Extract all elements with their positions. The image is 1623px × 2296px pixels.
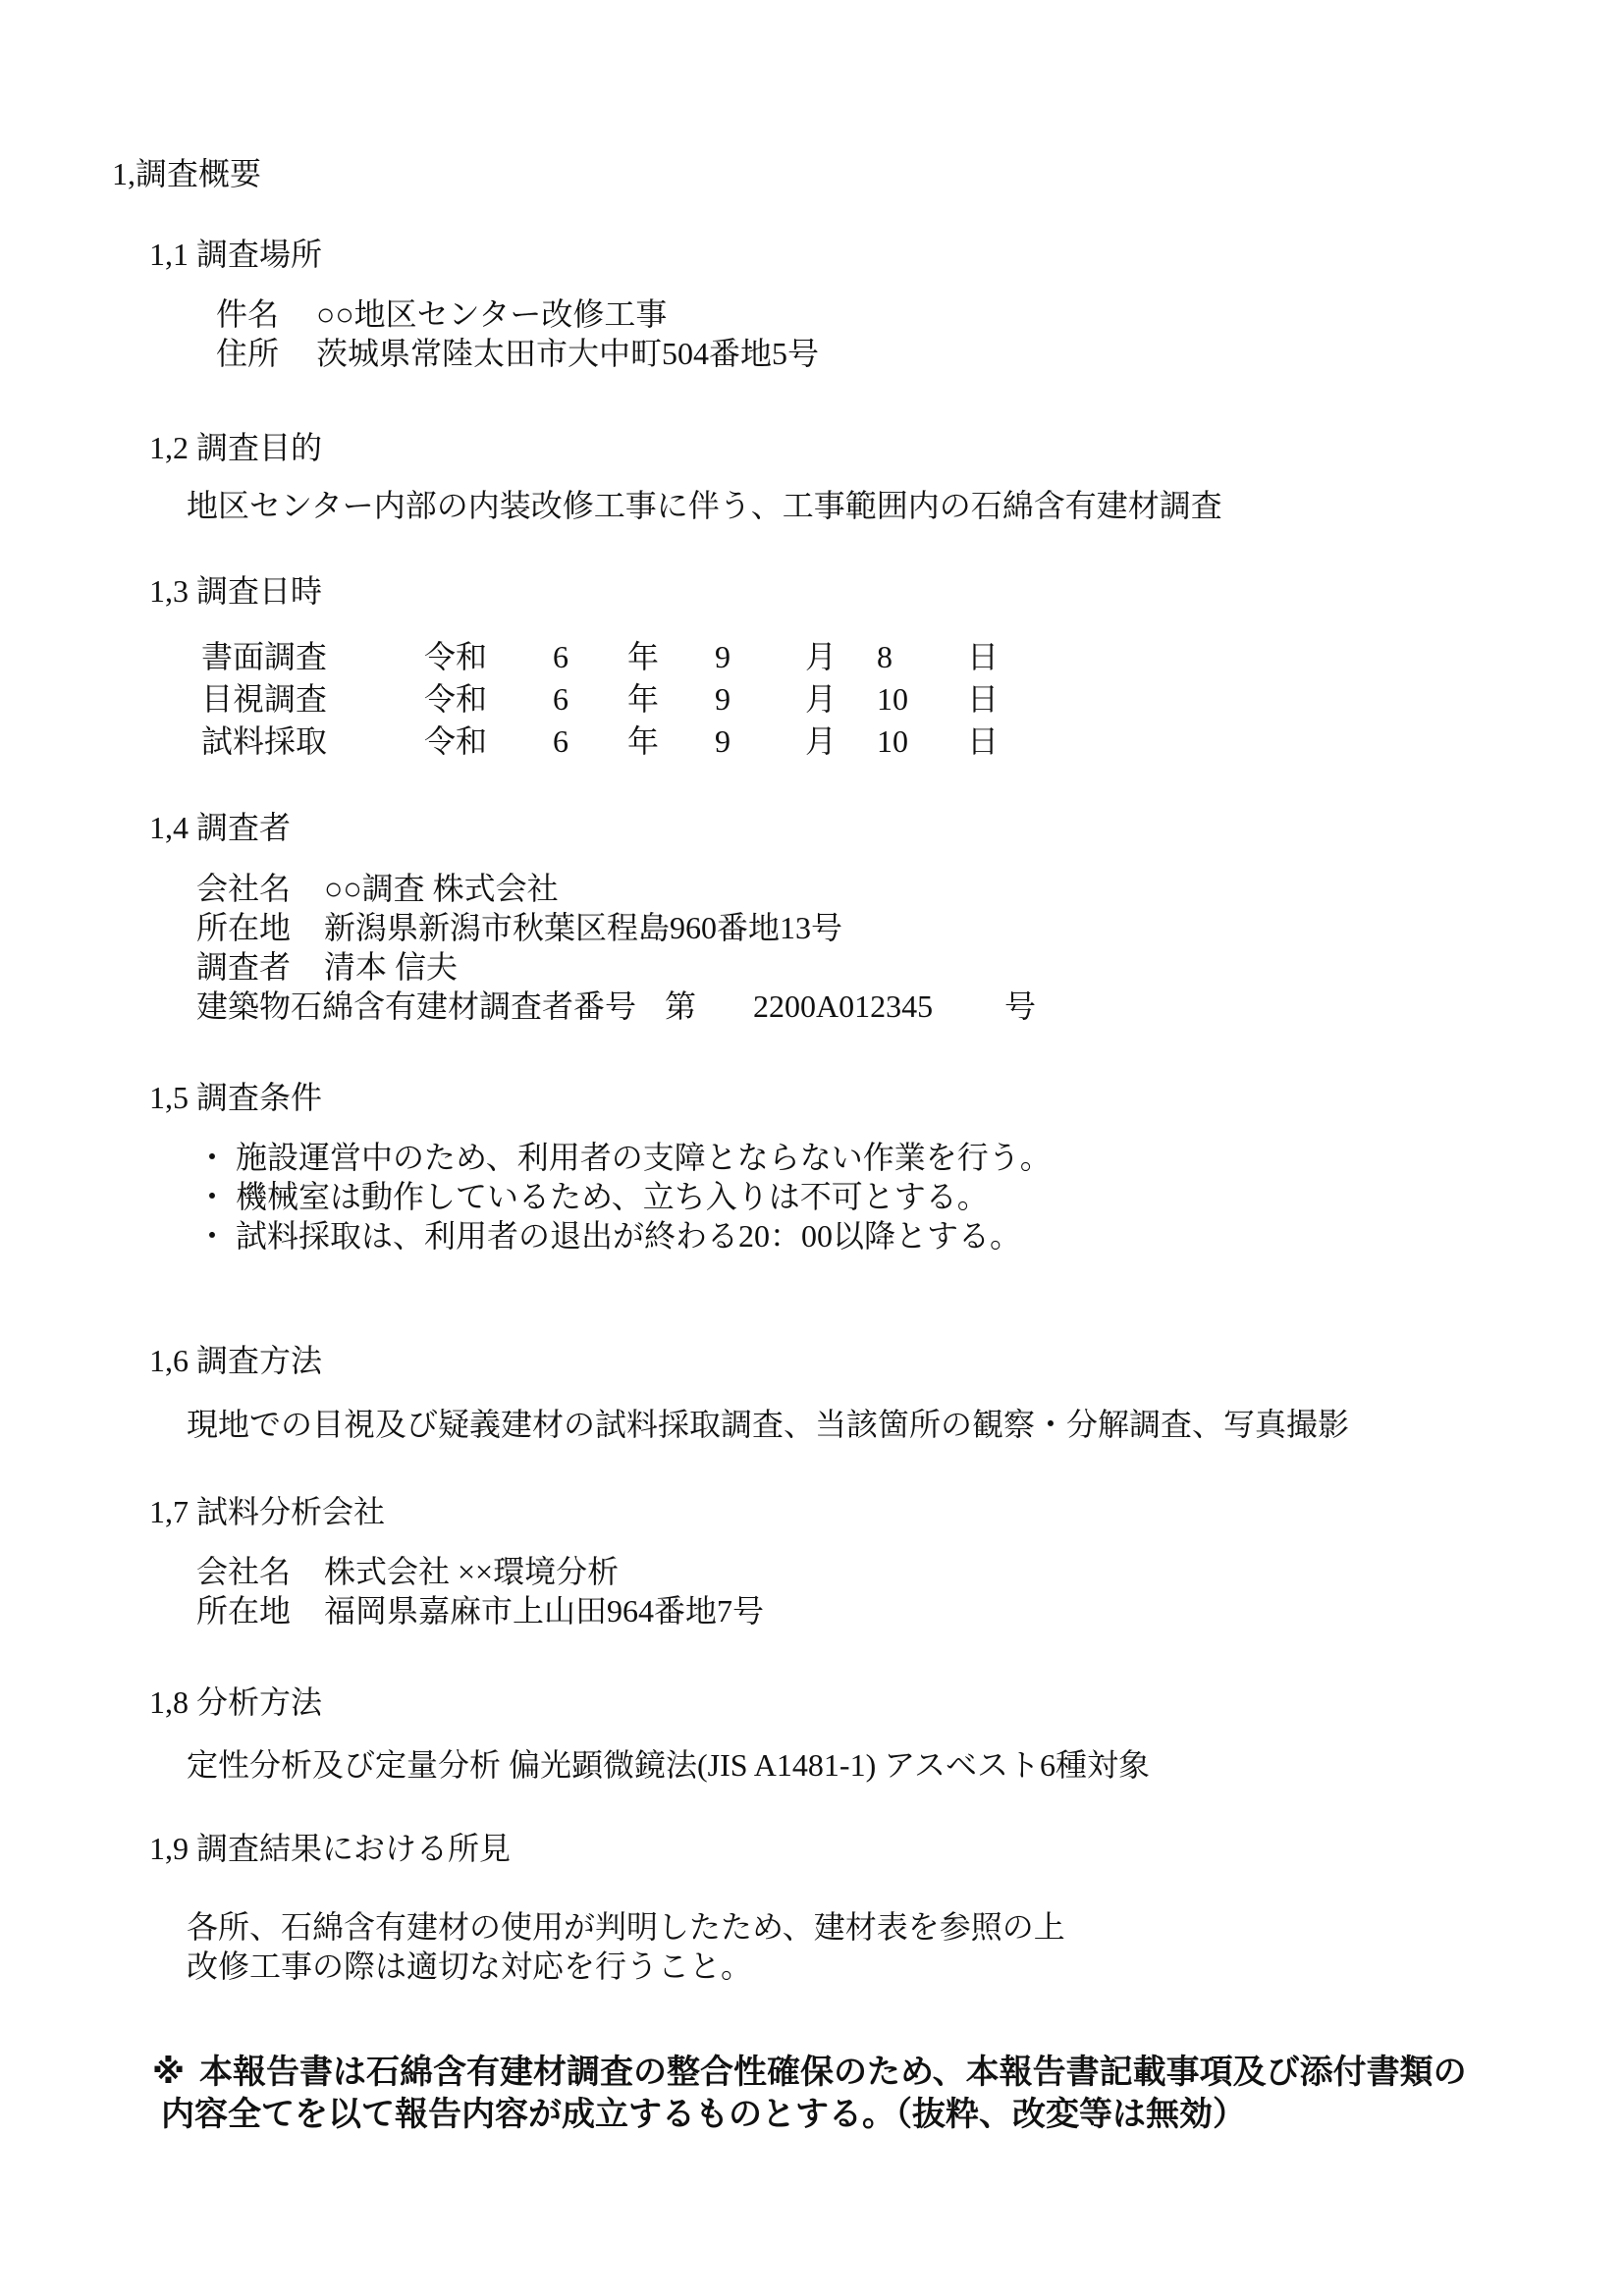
- month-unit: 月: [805, 636, 877, 678]
- section-heading-survey-location: 1,1 調査場所: [149, 235, 322, 274]
- section-heading-analysis-company: 1,7 試料分析会社: [149, 1492, 385, 1531]
- day-unit: 日: [967, 636, 999, 678]
- license-number: 2200A012345: [753, 987, 933, 1026]
- survey-method-text: 現地での目視及び疑義建材の試料採取調査、当該箇所の観察・分解調査、写真撮影: [187, 1405, 1349, 1444]
- analysis-method-text: 定性分析及び定量分析 偏光顕微鏡法(JIS A1481-1) アスベスト6種対象: [187, 1745, 1150, 1785]
- company-name-label: 会社名: [196, 869, 324, 908]
- company-name-value: ○○調査 株式会社: [324, 869, 559, 908]
- location-name-label: 件名: [216, 294, 316, 334]
- analysis-company-name-label: 会社名: [196, 1552, 324, 1591]
- note-line-2: 内容全てを以て報告内容が成立するものとする。（抜粋、改変等は無効）: [161, 2094, 1246, 2136]
- era-label: 令和: [424, 678, 553, 721]
- findings-text: 各所、石綿含有建材の使用が判明したため、建材表を参照の上 改修工事の際は適切な対…: [187, 1907, 1065, 1986]
- date-row-sampling: 試料採取 令和 6 年 9 月 10 日: [201, 721, 999, 763]
- condition-item: ・ 機械室は動作しているため、立ち入りは不可とする。: [196, 1177, 1052, 1216]
- license-dai: 第: [665, 987, 696, 1026]
- date-row-label: 試料採取: [201, 721, 424, 763]
- analysis-company-name-value: 株式会社 ××環境分析: [324, 1552, 619, 1591]
- analysis-company-address-row: 所在地 福岡県嘉麻市上山田964番地7号: [196, 1591, 764, 1630]
- date-row-label: 書面調査: [201, 636, 424, 678]
- location-address-row: 住所 茨城県常陸太田市大中町504番地5号: [216, 334, 819, 373]
- day-unit: 日: [967, 721, 999, 763]
- year-value: 6: [553, 721, 627, 763]
- condition-text: 施設運営中のため、利用者の支障とならない作業を行う。: [236, 1138, 1052, 1177]
- section-heading-survey-date: 1,3 調査日時: [149, 571, 322, 611]
- findings-line-2: 改修工事の際は適切な対応を行うこと。: [187, 1947, 1065, 1986]
- surveyor-person-row: 調査者 清本 信夫: [196, 947, 842, 987]
- analysis-company-address-value: 福岡県嘉麻市上山田964番地7号: [324, 1591, 764, 1630]
- license-suffix: 号: [1004, 987, 1036, 1026]
- condition-item: ・ 施設運営中のため、利用者の支障とならない作業を行う。: [196, 1138, 1052, 1177]
- location-address-label: 住所: [216, 334, 316, 373]
- section-heading-surveyor: 1,4 調査者: [149, 808, 291, 847]
- era-label: 令和: [424, 721, 553, 763]
- survey-conditions-list: ・ 施設運営中のため、利用者の支障とならない作業を行う。 ・ 機械室は動作してい…: [196, 1138, 1052, 1255]
- report-page: { "title": "1,調査概要", "sections": { "s11"…: [0, 0, 1623, 2296]
- month-value: 9: [715, 721, 805, 763]
- bullet-icon: ・: [196, 1216, 236, 1255]
- company-address-label: 所在地: [196, 908, 324, 947]
- survey-purpose-text: 地区センター内部の内装改修工事に伴う、工事範囲内の石綿含有建材調査: [187, 486, 1222, 525]
- date-row-label: 目視調査: [201, 678, 424, 721]
- company-address-value: 新潟県新潟市秋葉区程島960番地13号: [324, 908, 842, 947]
- findings-line-1: 各所、石綿含有建材の使用が判明したため、建材表を参照の上: [187, 1907, 1065, 1947]
- location-name-row: 件名 ○○地区センター改修工事: [216, 294, 819, 334]
- day-unit: 日: [967, 678, 999, 721]
- condition-item: ・ 試料採取は、利用者の退出が終わる20：00以降とする。: [196, 1216, 1052, 1255]
- date-row-visual-survey: 目視調査 令和 6 年 9 月 10 日: [201, 678, 999, 721]
- day-value: 8: [877, 636, 967, 678]
- year-value: 6: [553, 678, 627, 721]
- date-row-document-survey: 書面調査 令和 6 年 9 月 8 日: [201, 636, 999, 678]
- year-value: 6: [553, 636, 627, 678]
- doc-title: 1,調査概要: [112, 154, 261, 193]
- bullet-icon: ・: [196, 1177, 236, 1216]
- day-value: 10: [877, 678, 967, 721]
- analysis-company-block: 会社名 株式会社 ××環境分析 所在地 福岡県嘉麻市上山田964番地7号: [196, 1552, 764, 1630]
- era-label: 令和: [424, 636, 553, 678]
- month-value: 9: [715, 636, 805, 678]
- section-heading-survey-purpose: 1,2 調査目的: [149, 428, 322, 467]
- month-unit: 月: [805, 678, 877, 721]
- year-unit: 年: [627, 678, 715, 721]
- analysis-company-name-row: 会社名 株式会社 ××環境分析: [196, 1552, 764, 1591]
- condition-text: 試料採取は、利用者の退出が終わる20：00以降とする。: [236, 1216, 1021, 1255]
- section-heading-survey-method: 1,6 調査方法: [149, 1341, 322, 1380]
- section-heading-findings: 1,9 調査結果における所見: [149, 1829, 511, 1868]
- location-name-value: ○○地区センター改修工事: [316, 294, 667, 334]
- condition-text: 機械室は動作しているため、立ち入りは不可とする。: [236, 1177, 989, 1216]
- section-heading-survey-conditions: 1,5 調査条件: [149, 1078, 322, 1117]
- surveyor-person-value: 清本 信夫: [324, 947, 458, 987]
- surveyor-block: 会社名 ○○調査 株式会社 所在地 新潟県新潟市秋葉区程島960番地13号 調査…: [196, 869, 842, 1026]
- month-value: 9: [715, 678, 805, 721]
- surveyor-address-row: 所在地 新潟県新潟市秋葉区程島960番地13号: [196, 908, 842, 947]
- surveyor-license-row: 建築物石綿含有建材調査者番号 第 2200A012345 号: [196, 987, 842, 1026]
- surveyor-company-row: 会社名 ○○調査 株式会社: [196, 869, 842, 908]
- surveyor-person-label: 調査者: [196, 947, 324, 987]
- analysis-company-address-label: 所在地: [196, 1591, 324, 1630]
- survey-date-table: 書面調査 令和 6 年 9 月 8 日 目視調査 令和 6 年 9 月 10 日…: [201, 636, 999, 763]
- bullet-icon: ・: [196, 1138, 236, 1177]
- year-unit: 年: [627, 636, 715, 678]
- day-value: 10: [877, 721, 967, 763]
- survey-location-block: 件名 ○○地区センター改修工事 住所 茨城県常陸太田市大中町504番地5号: [216, 294, 819, 373]
- month-unit: 月: [805, 721, 877, 763]
- location-address-value: 茨城県常陸太田市大中町504番地5号: [316, 334, 819, 373]
- section-heading-analysis-method: 1,8 分析方法: [149, 1682, 322, 1722]
- license-prefix: 建築物石綿含有建材調査者番号: [196, 987, 636, 1026]
- note-line-1: 本報告書は石綿含有建材調査の整合性確保のため、本報告書記載事項及び添付書類の: [199, 2052, 1467, 2094]
- year-unit: 年: [627, 721, 715, 763]
- note-marker-icon: ※: [152, 2052, 185, 2094]
